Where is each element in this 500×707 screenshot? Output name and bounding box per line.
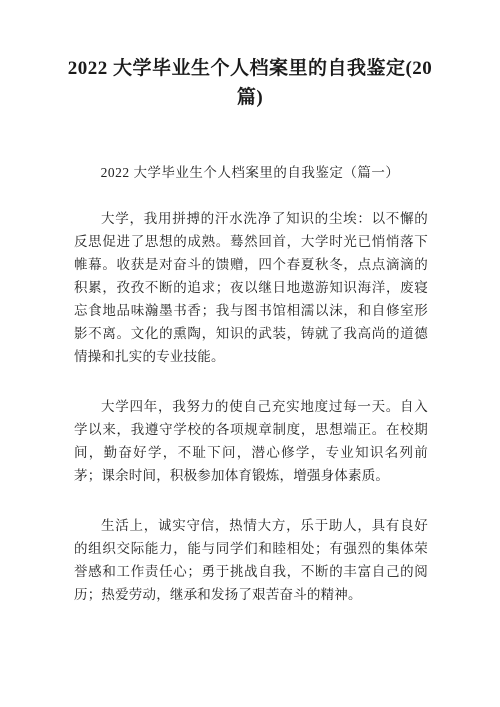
paragraph-3: 生活上，诚实守信，热情大方，乐于助人，具有良好的组织交际能力，能与同学们和睦相处…: [74, 514, 428, 606]
section-heading: 2022 大学毕业生个人档案里的自我鉴定（篇一）: [0, 163, 500, 182]
paragraph-1: 大学，我用拼搏的汗水洗净了知识的尘埃：以不懈的反思促进了思想的成熟。蓦然回首，大…: [74, 207, 428, 368]
document-body: 大学，我用拼搏的汗水洗净了知识的尘埃：以不懈的反思促进了思想的成熟。蓦然回首，大…: [74, 207, 428, 606]
document-page: 2022 大学毕业生个人档案里的自我鉴定(20 篇) 2022 大学毕业生个人档…: [0, 0, 500, 707]
paragraph-2: 大学四年，我努力的使自己充实地度过每一天。自入学以来，我遵守学校的各项规章制度，…: [74, 395, 428, 487]
document-title: 2022 大学毕业生个人档案里的自我鉴定(20 篇): [66, 0, 434, 112]
